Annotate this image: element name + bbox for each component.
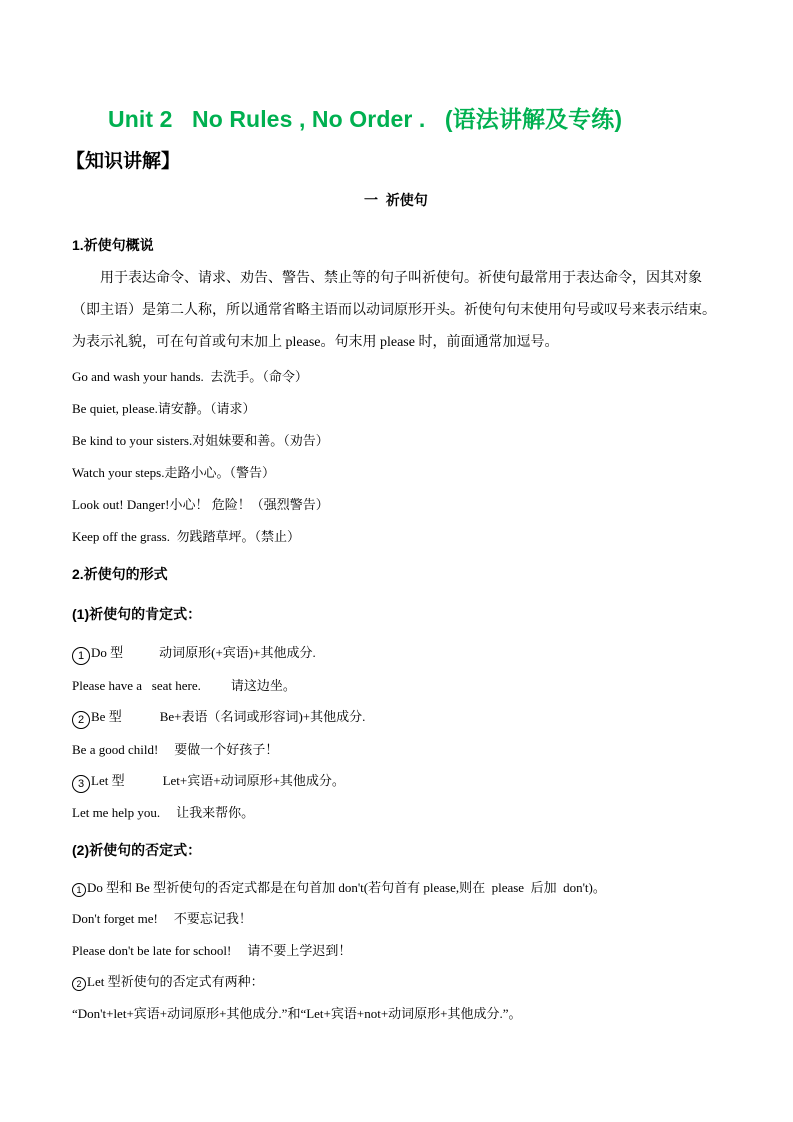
example-line: Be quiet, please.请安静。（请求） bbox=[72, 398, 255, 417]
chapter-heading: 一 祈使句 bbox=[364, 190, 428, 210]
example-line: Go and wash your hands. 去洗手。（命令） bbox=[72, 366, 308, 385]
negative-rule-2-forms: “Don't+let+宾语+动词原形+其他成分.”和“Let+宾语+not+动词… bbox=[72, 1003, 522, 1022]
paragraph-text: 用于表达命令、请求、劝告、警告、禁止等的句子叫祈使句。祈使句最常用于表达命令，因… bbox=[72, 271, 716, 350]
example-line: Look out! Danger!小心！ 危险！（强烈警告） bbox=[72, 494, 329, 513]
example-line: Be a good child!要做一个好孩子！ bbox=[72, 739, 278, 758]
negative-heading: (2)祈使句的否定式： bbox=[72, 840, 201, 860]
example-line: Watch your steps.走路小心。（警告） bbox=[72, 462, 275, 481]
negative-rule-1: 1Do 型和 Be 型祈使句的否定式都是在句首加 don't(若句首有 plea… bbox=[72, 877, 606, 897]
document-title: Unit 2 No Rules , No Order . (语法讲解及专练) bbox=[108, 101, 622, 134]
form-line-do: 1Do 型动词原形(+宾语)+其他成分. bbox=[72, 642, 316, 665]
title-name: No Rules , No Order . bbox=[192, 106, 425, 132]
part2-heading: 2.祈使句的形式 bbox=[72, 564, 168, 584]
negative-rule-2: 2Let 型祈使句的否定式有两种： bbox=[72, 971, 264, 991]
circled-number: 2 bbox=[72, 977, 86, 991]
example-line: Be kind to your sisters.对姐妹要和善。（劝告） bbox=[72, 430, 329, 449]
example-line: Please have a seat here.请这边坐。 bbox=[72, 675, 296, 694]
circled-number: 3 bbox=[72, 775, 90, 793]
affirmative-heading: (1)祈使句的肯定式： bbox=[72, 604, 201, 624]
section-knowledge-heading: 【知识讲解】 bbox=[66, 146, 180, 173]
example-line: Please don't be late for school!请不要上学迟到！ bbox=[72, 940, 351, 959]
title-unit: Unit 2 bbox=[108, 106, 173, 132]
part1-heading: 1.祈使句概说 bbox=[72, 235, 154, 255]
circled-number: 1 bbox=[72, 647, 90, 665]
example-line: Let me help you.让我来帮你。 bbox=[72, 802, 254, 821]
example-line: Keep off the grass. 勿践踏草坪。（禁止） bbox=[72, 526, 300, 545]
form-line-be: 2Be 型Be+表语（名词或形容词)+其他成分. bbox=[72, 706, 365, 729]
form-line-let: 3Let 型Let+宾语+动词原形+其他成分。 bbox=[72, 770, 345, 793]
part1-paragraph: 用于表达命令、请求、劝告、警告、禁止等的句子叫祈使句。祈使句最常用于表达命令，因… bbox=[72, 263, 722, 359]
circled-number: 1 bbox=[72, 883, 86, 897]
title-note: (语法讲解及专练) bbox=[445, 106, 622, 132]
circled-number: 2 bbox=[72, 711, 90, 729]
example-line: Don't forget me!不要忘记我！ bbox=[72, 908, 252, 927]
